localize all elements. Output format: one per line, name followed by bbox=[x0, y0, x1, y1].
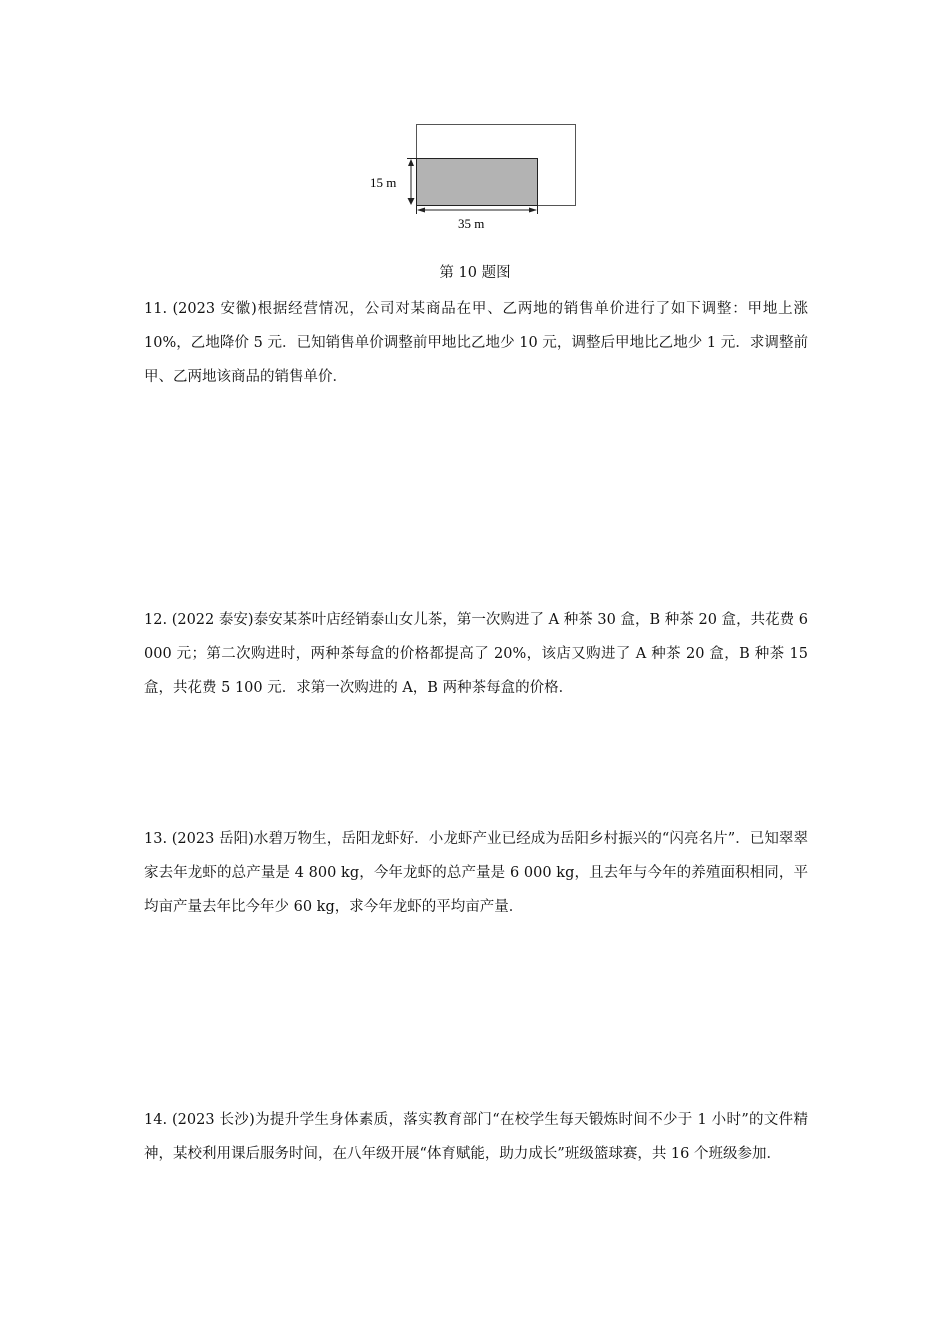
arrow-down-icon bbox=[408, 198, 415, 205]
figure-caption: 第 10 题图 bbox=[0, 261, 950, 282]
rectangle-diagram: 15 m 35 m bbox=[360, 110, 590, 240]
question-number: 13. bbox=[144, 831, 167, 847]
arrow-right-icon bbox=[529, 208, 537, 213]
height-label: 15 m bbox=[370, 175, 396, 190]
question-source: (2023 长沙) bbox=[172, 1112, 255, 1128]
question-number: 11. bbox=[144, 301, 167, 317]
question-number: 12. bbox=[144, 612, 167, 628]
question-13: 13. (2023 岳阳)水碧万物生，岳阳龙虾好．小龙虾产业已经成为岳阳乡村振兴… bbox=[144, 822, 808, 924]
width-label: 35 m bbox=[458, 216, 484, 231]
question-11: 11. (2023 安徽)根据经营情况，公司对某商品在甲、乙两地的销售单价进行了… bbox=[144, 292, 808, 394]
question-source: (2023 岳阳) bbox=[172, 831, 254, 847]
question-source: (2023 安徽) bbox=[172, 301, 256, 317]
figure-10: 15 m 35 m bbox=[360, 110, 590, 240]
arrow-left-icon bbox=[417, 208, 425, 213]
question-12: 12. (2022 泰安)泰安某茶叶店经销泰山女儿茶，第一次购进了 A 种茶 3… bbox=[144, 603, 808, 705]
arrow-up-icon bbox=[408, 159, 414, 166]
question-number: 14. bbox=[144, 1112, 167, 1128]
question-source: (2022 泰安) bbox=[172, 612, 254, 628]
question-14: 14. (2023 长沙)为提升学生身体素质，落实教育部门“在校学生每天锻炼时间… bbox=[144, 1103, 808, 1171]
